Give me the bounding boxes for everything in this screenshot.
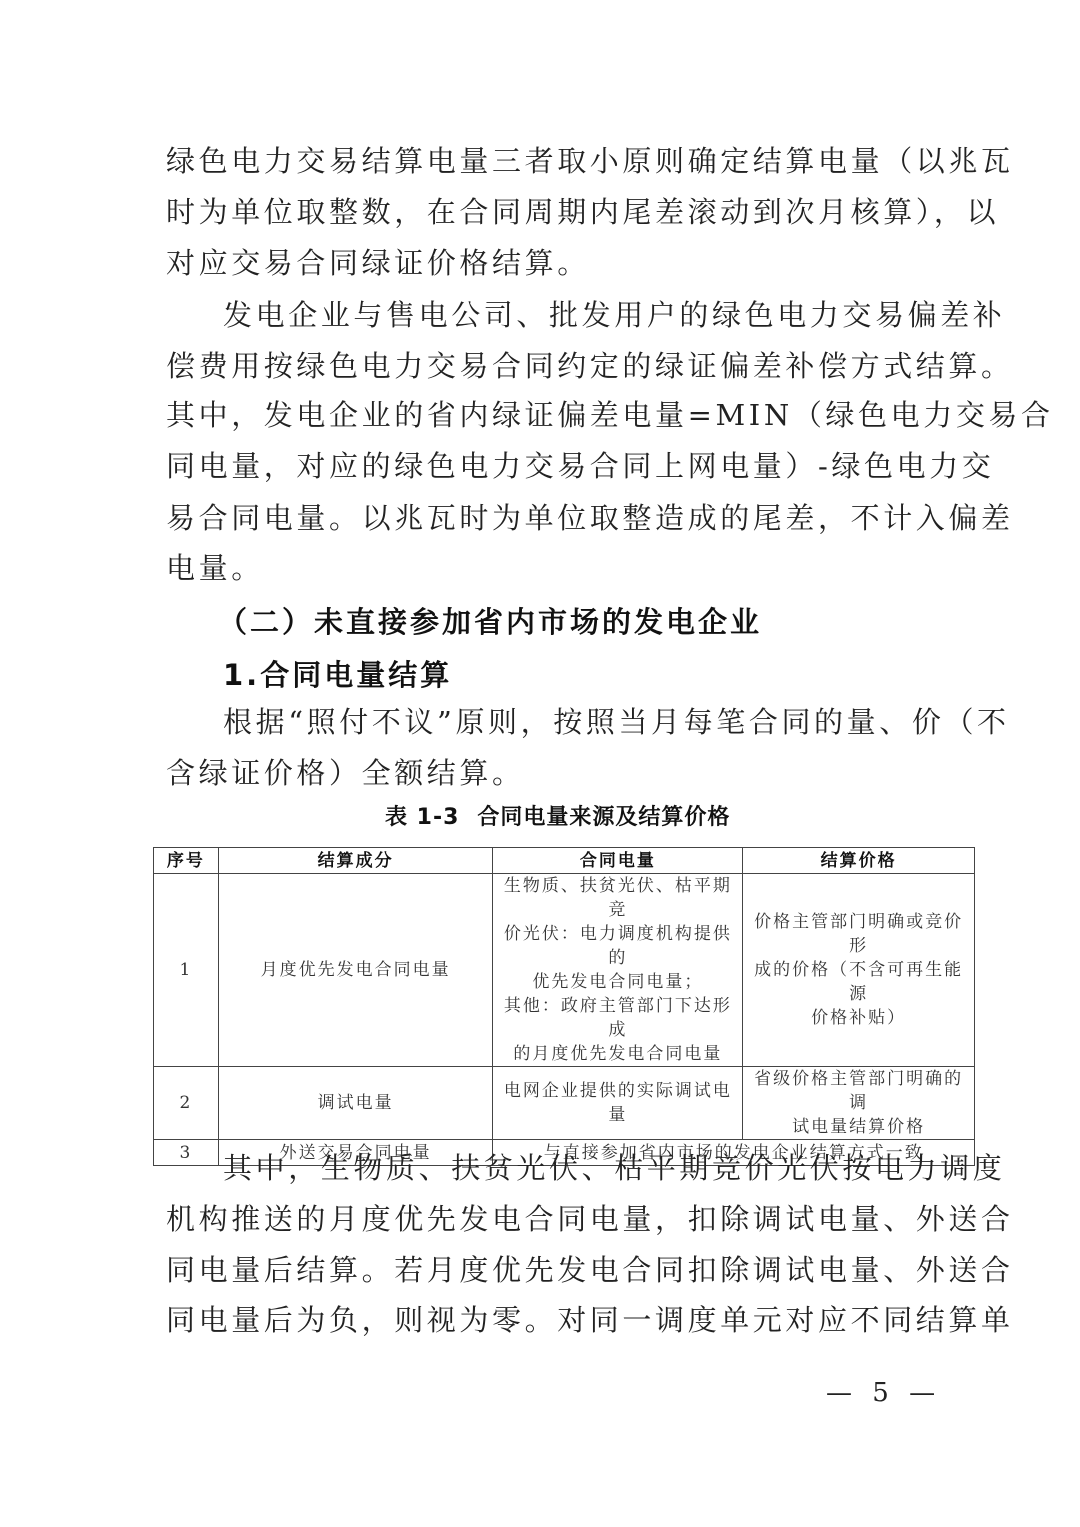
paragraph-line: 电量。	[166, 543, 916, 593]
paragraph-line: 同电量，对应的绿色电力交易合同上网电量）-绿色电力交	[166, 441, 916, 491]
cell-price: 价格主管部门明确或竞价形 成的价格（不含可再生能源 价格补贴）	[743, 874, 975, 1067]
table-row: 1 月度优先发电合同电量 生物质、扶贫光伏、枯平期竞 价光伏：电力调度机构提供的…	[154, 874, 975, 1067]
cell-component: 调试电量	[218, 1067, 493, 1140]
header-component: 结算成分	[218, 848, 493, 874]
table-caption-title: 合同电量来源及结算价格	[477, 805, 730, 830]
cell-no: 1	[154, 874, 219, 1067]
table-header-row: 序号 结算成分 合同电量 结算价格	[154, 848, 975, 874]
header-volume: 合同电量	[493, 848, 743, 874]
paragraph-line: 易合同电量。以兆瓦时为单位取整造成的尾差，不计入偏差	[166, 493, 916, 543]
cell-no: 2	[154, 1067, 219, 1140]
cell-component: 月度优先发电合同电量	[218, 874, 493, 1067]
cell-text-line: 成的价格（不含可再生能源	[749, 958, 968, 1006]
cell-text-line: 价光伏：电力调度机构提供的	[499, 922, 736, 970]
cell-text-line: 的月度优先发电合同电量	[499, 1042, 736, 1066]
section-heading: （二）未直接参加省内市场的发电企业	[218, 600, 762, 641]
cell-text-line: 价格主管部门明确或竞价形	[749, 910, 968, 958]
paragraph-line: 绿色电力交易结算电量三者取小原则确定结算电量（以兆瓦	[166, 136, 916, 186]
cell-text-line: 生物质、扶贫光伏、枯平期竞	[499, 874, 736, 922]
paragraph-line: 其中，发电企业的省内绿证偏差电量=MIN（绿色电力交易合	[166, 390, 916, 440]
cell-volume: 电网企业提供的实际调试电量	[493, 1067, 743, 1140]
cell-text-line: 价格补贴）	[749, 1006, 968, 1030]
header-price: 结算价格	[743, 848, 975, 874]
paragraph-line: 机构推送的月度优先发电合同电量，扣除调试电量、外送合	[166, 1194, 916, 1244]
cell-text-line: 优先发电合同电量；	[499, 970, 736, 994]
cell-text-line: 试电量结算价格	[749, 1115, 968, 1139]
cell-volume: 生物质、扶贫光伏、枯平期竞 价光伏：电力调度机构提供的 优先发电合同电量； 其他…	[493, 874, 743, 1067]
settlement-table: 序号 结算成分 合同电量 结算价格 1 月度优先发电合同电量 生物质、扶贫光伏、…	[153, 847, 975, 1166]
paragraph-line: 偿费用按绿色电力交易合同约定的绿证偏差补偿方式结算。	[166, 341, 916, 391]
cell-text-line: 电网企业提供的实际调试电量	[499, 1079, 736, 1127]
subsection-heading: 1.合同电量结算	[223, 653, 452, 694]
paragraph-line: 其中，生物质、扶贫光伏、枯平期竞价光伏按电力调度	[223, 1143, 973, 1193]
paragraph-line: 含绿证价格）全额结算。	[166, 748, 916, 798]
cell-text-line: 省级价格主管部门明确的调	[749, 1067, 968, 1115]
table-caption: 表 1-3合同电量来源及结算价格	[385, 800, 730, 831]
paragraph-line: 同电量后为负，则视为零。对同一调度单元对应不同结算单	[166, 1295, 916, 1345]
table-row: 2 调试电量 电网企业提供的实际调试电量 省级价格主管部门明确的调 试电量结算价…	[154, 1067, 975, 1140]
cell-price: 省级价格主管部门明确的调 试电量结算价格	[743, 1067, 975, 1140]
document-page: 绿色电力交易结算电量三者取小原则确定结算电量（以兆瓦 时为单位取整数，在合同周期…	[0, 0, 1080, 1527]
cell-text-line: 其他：政府主管部门下达形成	[499, 994, 736, 1042]
paragraph-line: 时为单位取整数，在合同周期内尾差滚动到次月核算），以	[166, 187, 916, 237]
page-number: — 5 —	[826, 1378, 941, 1408]
paragraph-line: 对应交易合同绿证价格结算。	[166, 238, 916, 288]
cell-no: 3	[154, 1140, 219, 1166]
paragraph-line: 根据“照付不议”原则，按照当月每笔合同的量、价（不	[223, 697, 973, 747]
paragraph-line: 发电企业与售电公司、批发用户的绿色电力交易偏差补	[223, 290, 973, 340]
header-no: 序号	[154, 848, 219, 874]
table-caption-number: 表 1-3	[385, 805, 459, 830]
paragraph-line: 同电量后结算。若月度优先发电合同扣除调试电量、外送合	[166, 1245, 916, 1295]
